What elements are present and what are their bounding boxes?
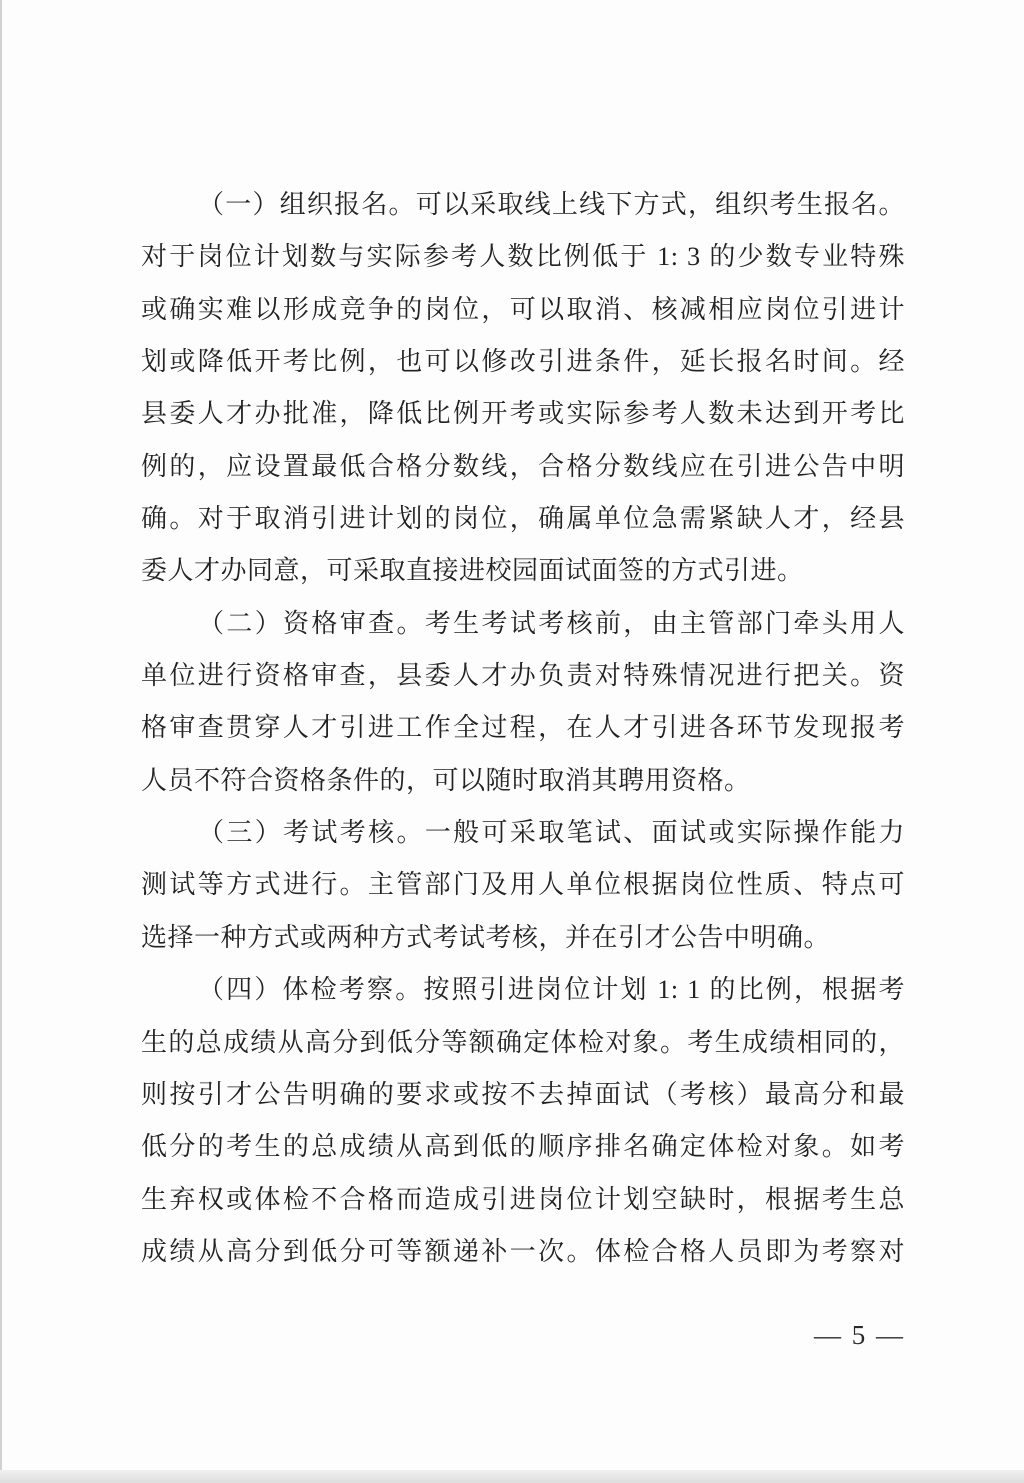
text-line: （二）资格审查。考生考试考核前，由主管部门牵头用人 — [141, 598, 905, 650]
text-line: 确。对于取消引进计划的岗位，确属单位急需紧缺人才，经县 — [141, 493, 905, 545]
paragraph-1: （一）组织报名。可以采取线上线下方式，组织考生报名。 对于岗位计划数与实际参考人… — [141, 179, 905, 598]
text-line: 例的，应设置最低合格分数线，合格分数线应在引进公告中明 — [141, 441, 905, 493]
document-body: （一）组织报名。可以采取线上线下方式，组织考生报名。 对于岗位计划数与实际参考人… — [141, 179, 905, 1278]
text-line: （一）组织报名。可以采取线上线下方式，组织考生报名。 — [141, 179, 905, 231]
paragraph-3: （三）考试考核。一般可采取笔试、面试或实际操作能力 测试等方式进行。主管部门及用… — [141, 807, 905, 964]
paragraph-2: （二）资格审查。考生考试考核前，由主管部门牵头用人 单位进行资格审查，县委人才办… — [141, 598, 905, 807]
text-line: 划或降低开考比例，也可以修改引进条件，延长报名时间。经 — [141, 336, 905, 388]
text-line: 人员不符合资格条件的，可以随时取消其聘用资格。 — [141, 755, 905, 807]
text-line: （三）考试考核。一般可采取笔试、面试或实际操作能力 — [141, 807, 905, 859]
text-line: 选择一种方式或两种方式考试考核，并在引才公告中明确。 — [141, 912, 905, 964]
text-line: 生弃权或体检不合格而造成引进岗位计划空缺时，根据考生总 — [141, 1174, 905, 1226]
document-page: （一）组织报名。可以采取线上线下方式，组织考生报名。 对于岗位计划数与实际参考人… — [0, 0, 1024, 1483]
text-line: 或确实难以形成竞争的岗位，可以取消、核减相应岗位引进计 — [141, 284, 905, 336]
text-line: 单位进行资格审查，县委人才办负责对特殊情况进行把关。资 — [141, 650, 905, 702]
text-line: 生的总成绩从高分到低分等额确定体检对象。考生成绩相同的， — [141, 1017, 905, 1069]
text-line: 测试等方式进行。主管部门及用人单位根据岗位性质、特点可 — [141, 859, 905, 911]
text-line: 委人才办同意，可采取直接进校园面试面签的方式引进。 — [141, 545, 905, 597]
text-line: 则按引才公告明确的要求或按不去掉面试（考核）最高分和最 — [141, 1069, 905, 1121]
page-left-edge-line — [0, 0, 2, 1471]
text-line: 对于岗位计划数与实际参考人数比例低于 1: 3 的少数专业特殊 — [141, 231, 905, 283]
text-line: 低分的考生的总成绩从高到低的顺序排名确定体检对象。如考 — [141, 1121, 905, 1173]
text-line: （四）体检考察。按照引进岗位计划 1: 1 的比例，根据考 — [141, 964, 905, 1016]
text-line: 成绩从高分到低分可等额递补一次。体检合格人员即为考察对 — [141, 1226, 905, 1278]
page-number: — 5 — — [814, 1318, 905, 1352]
paragraph-4: （四）体检考察。按照引进岗位计划 1: 1 的比例，根据考 生的总成绩从高分到低… — [141, 964, 905, 1278]
scan-bottom-edge-band — [0, 1470, 1024, 1483]
text-line: 县委人才办批准，降低比例开考或实际参考人数未达到开考比 — [141, 388, 905, 440]
text-line: 格审查贯穿人才引进工作全过程，在人才引进各环节发现报考 — [141, 702, 905, 754]
